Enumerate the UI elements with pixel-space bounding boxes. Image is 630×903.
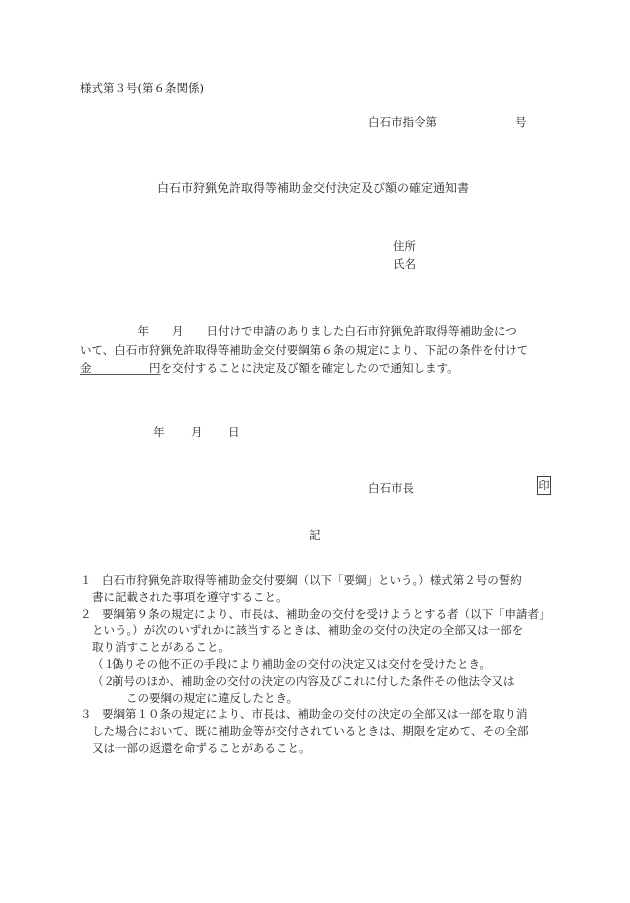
condition-2-sub-2: （２）前号のほか、補助金の交付の決定の内容及びこれに付した条件その他法令又は [80,673,570,690]
form-number: 様式第３号(第６条関係) [80,80,204,96]
condition-2-cont: 取り消すことがあること。 [80,639,570,656]
body-line-3-text: を交付することに決定及び額を確定したので通知します。 [161,361,459,375]
conditions-list: １白石市狩猟免許取得等補助金交付要綱（以下「要綱」という。）様式第２号の誓約 書… [80,572,570,757]
condition-number: １ [80,572,102,589]
condition-2-sub-1: （１）偽りその他不正の手段により補助金の交付の決定又は交付を受けたとき。 [80,656,570,673]
subitem-number: （１） [80,656,112,673]
body-line-2: いて、白石市狩猟免許取得等補助金交付要綱第６条の規定により、下記の条件を付けて [80,341,560,360]
condition-1-cont: 書に記載された事項を遵守すること。 [80,589,570,606]
condition-3-cont: 又は一部の返還を命ずることがあること。 [80,740,570,757]
condition-2-cont: という。）が次のいずれかに該当するときは、補助金の交付の決定の全部又は一部を [80,622,570,639]
address-label: 住所 [393,238,416,254]
condition-1: １白石市狩猟免許取得等補助金交付要綱（以下「要綱」という。）様式第２号の誓約 [80,572,570,589]
condition-number: ２ [80,606,102,623]
doc-number-label: 白石市指令第 [368,114,437,130]
amount-field: 金 円 [80,361,161,375]
body-line-3: 金 円を交付することに決定及び額を確定したので通知します。 [80,359,560,378]
ki-heading: 記 [309,527,321,543]
document-title: 白石市狩猟免許取得等補助金交付決定及び額の確定通知書 [157,179,469,196]
name-label: 氏名 [393,256,416,272]
seal-stamp: 印 [537,476,551,495]
condition-3-cont: した場合において、既に補助金等が交付されているときは、期限を定めて、その全部 [80,723,570,740]
body-line-1: 年 月 日付けで申請のありました白石市狩猟免許取得等補助金につ [80,322,560,341]
date-year-label: 年 [153,424,165,440]
date-month-label: 月 [191,424,203,440]
doc-number-suffix: 号 [515,114,527,130]
notification-body: 年 月 日付けで申請のありました白石市狩猟免許取得等補助金につ いて、白石市狩猟… [80,322,560,378]
condition-number: ３ [80,706,102,723]
condition-3: ３要綱第１０条の規定により、市長は、補助金の交付の決定の全部又は一部を取り消 [80,706,570,723]
issuer-title: 白石市長 [368,480,414,496]
condition-2: ２要綱第９条の規定により、市長は、補助金の交付を受けようとする者（以下「申請者」 [80,606,570,623]
subitem-number: （２） [80,673,112,690]
date-day-label: 日 [228,424,240,440]
condition-2-sub-2-cont: この要綱の規定に違反したとき。 [80,690,570,707]
